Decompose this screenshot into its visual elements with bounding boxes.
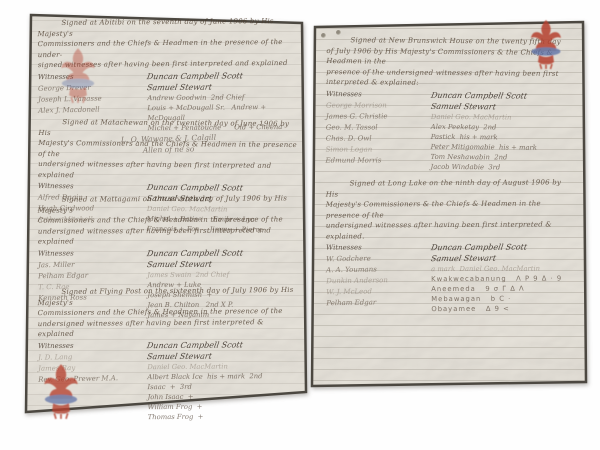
heading-line: Signed at Flying Post on the sixteenth d… xyxy=(37,285,297,308)
section-heading: Signed at Matachewan on the twentieth da… xyxy=(38,117,298,182)
witness-column: Witnesses W. Godchere A. A. Youmans Dunk… xyxy=(326,242,431,315)
right-page: Signed at New Brunswick House on the twe… xyxy=(310,18,588,390)
punch-hole xyxy=(321,33,326,38)
signature-column: Duncan Campbell Scott Samuel Stewart Dan… xyxy=(147,338,299,421)
witnesses-label: Witnesses xyxy=(38,340,147,352)
signature-name: Daniel Geo. MacMartin xyxy=(431,111,576,122)
heading-line: Signed at Long Lake on the ninth day of … xyxy=(326,177,576,199)
signature-name: Jacob Windabie 3rd xyxy=(430,161,575,172)
section-flying-post: Signed at Flying Post on the sixteenth d… xyxy=(37,285,298,423)
commissioner-signature: Samuel Stewart xyxy=(146,80,299,92)
section-new-brunswick-house: Signed at New Brunswick House on the twe… xyxy=(325,35,576,172)
heading-line: Commissioners and the Chiefs & Headmen i… xyxy=(38,214,298,226)
witness-name: Geo. M. Tassol xyxy=(326,122,431,133)
signature-name: Tom Neshawabin 2nd xyxy=(431,151,576,162)
signature-name-syllabics: Obayamee Δ 9 < xyxy=(431,303,576,314)
heading-line: undersigned witnesses after having been … xyxy=(326,219,576,241)
commissioner-signature: Samuel Stewart xyxy=(146,258,299,270)
witness-name: Simon Logan xyxy=(326,144,431,155)
witness-name: Alex J. Macdonell xyxy=(38,103,147,116)
signature-name: Peter Mitigomabie his + mark xyxy=(431,141,576,152)
scanned-treaty-document: Signed at Abitibi on the seventh day of … xyxy=(0,0,600,450)
witness-column: Witnesses J. D. Lang James Ray Rev. Geo.… xyxy=(38,340,148,423)
signature-column: Duncan Campbell Scott Samuel Stewart a m… xyxy=(431,241,576,314)
witness-name: Rev. Geo. Prewer M.A. xyxy=(38,372,147,385)
commissioner-signature: Duncan Campbell Scott xyxy=(146,247,299,259)
heading-line: presence of the undersigned witnesses af… xyxy=(326,67,576,90)
heading-line: undersigned witnesses after having been … xyxy=(38,316,298,339)
heading-line: Majesty's Commissioners & the Chiefs & H… xyxy=(326,198,576,220)
witness-name: Pelham Edgar xyxy=(326,297,431,310)
signature-columns: Witnesses George Morrison James G. Chris… xyxy=(325,89,576,173)
heading-line: Signed at Mattagami on the seventh day o… xyxy=(38,193,298,215)
commissioner-signature: Duncan Campbell Scott xyxy=(146,69,299,81)
signature-name: Thomas Frog + xyxy=(148,410,299,421)
commissioner-signature: Samuel Stewart xyxy=(430,252,577,264)
signature-name: Alex Peeketay 2nd xyxy=(431,121,576,132)
commissioner-signature: Duncan Campbell Scott xyxy=(146,338,299,350)
commissioner-signature: Samuel Stewart xyxy=(146,349,299,361)
heading-line: Majesty's Commissioners and the Chiefs &… xyxy=(38,138,298,161)
section-heading: Signed at Flying Post on the sixteenth d… xyxy=(37,285,297,340)
section-heading: Signed at Abitibi on the seventh day of … xyxy=(37,16,297,71)
commissioner-signature: Duncan Campbell Scott xyxy=(430,241,577,253)
signature-columns: Witnesses W. Godchere A. A. Youmans Dunk… xyxy=(326,241,576,314)
witnesses-label: Witnesses xyxy=(326,89,431,101)
left-page: Signed at Abitibi on the seventh day of … xyxy=(22,10,310,418)
signature-columns: Witnesses J. D. Lang James Ray Rev. Geo.… xyxy=(38,338,299,422)
section-heading: Signed at Mattagami on the seventh day o… xyxy=(38,193,298,247)
commissioner-signature: Duncan Campbell Scott xyxy=(430,89,577,101)
witnesses-label: Witnesses xyxy=(38,248,147,260)
witness-name: George Morrison xyxy=(326,100,431,111)
section-heading: Signed at Long Lake on the ninth day of … xyxy=(326,177,576,241)
witnesses-label: Witnesses xyxy=(38,181,147,193)
heading-line: Commissioners and the Chiefs & Headmen i… xyxy=(38,37,298,60)
signature-name-syllabics: Kwakwecabanung Λ Ρ 9 Δ · 9 xyxy=(431,273,576,284)
witness-name: Edmund Morris xyxy=(326,155,431,166)
commissioner-signature: Samuel Stewart xyxy=(430,100,577,112)
heading-line: of July 1906 by His Majesty's Commission… xyxy=(326,46,576,69)
witnesses-label: Witnesses xyxy=(38,71,147,83)
signature-column: Duncan Campbell Scott Samuel Stewart Dan… xyxy=(430,89,576,172)
section-heading: Signed at New Brunswick House on the twe… xyxy=(326,35,576,89)
left-page-content: Signed at Abitibi on the seventh day of … xyxy=(22,10,310,418)
heading-line: undersigned witnesses after having been … xyxy=(38,225,298,247)
right-page-content: Signed at New Brunswick House on the twe… xyxy=(310,18,588,390)
witness-name: Chas. D. Owl xyxy=(326,133,431,144)
witness-name: James G. Christie xyxy=(326,111,431,122)
witness-column: Witnesses George Morrison James G. Chris… xyxy=(325,89,431,172)
heading-line: Signed at Matachewan on the twentieth da… xyxy=(38,117,298,140)
heading-line: undersigned witnesses after having been … xyxy=(38,159,298,182)
section-long-lake: Signed at Long Lake on the ninth day of … xyxy=(326,177,577,314)
signature-name: Pastick his + mark xyxy=(431,131,576,142)
heading-line: Signed at Abitibi on the seventh day of … xyxy=(37,16,297,39)
